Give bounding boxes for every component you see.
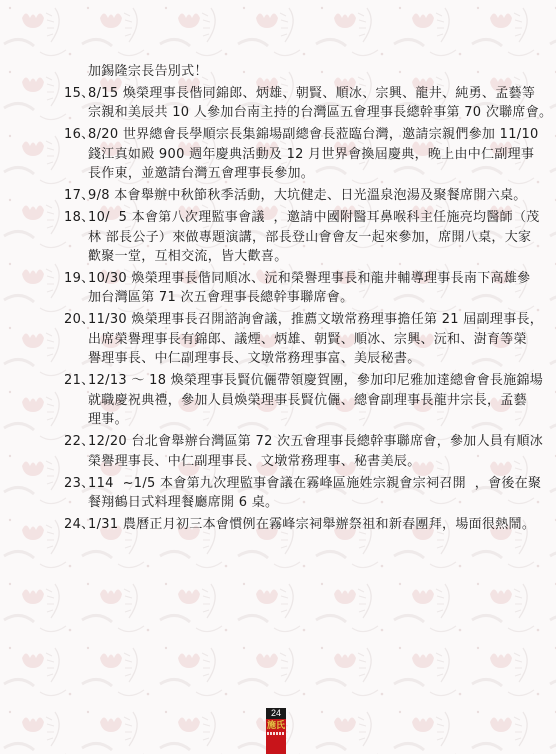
item-number: 19、: [64, 269, 88, 308]
item-number: 17、: [64, 186, 88, 206]
item-line: 錢江真如殿 900 週年慶典活動及 12 月世界會換屆慶典，晚上由中仁副理事: [88, 145, 539, 165]
item-number: 15、: [64, 84, 88, 123]
list-item: 20、 11/30 煥榮理事長召開諮詢會議，推薦文墩常務理事擔任第 21 屆副理…: [64, 310, 496, 369]
item-number: 24、: [64, 515, 88, 535]
item-number: 18、: [64, 208, 88, 267]
list-item: 18、 10/ 5 本會第八次理監事會議 ，邀請中國附醫耳鼻喉科主任施亮均醫師（…: [64, 208, 496, 267]
list-item: 24、 1/31 農曆正月初三本會慣例在霧峰宗祠舉辦祭祖和新春團拜，場面很熱鬧。: [64, 515, 496, 535]
item-line: 加台灣區第 71 次五會理事長總幹事聯席會。: [88, 288, 530, 308]
document-page: 加錫隆宗長告別式！ 15、 8/15 煥榮理事長偕同錦郎、炳雄、朝賢、順冰、宗興…: [0, 0, 556, 754]
item-line: 10/30 煥榮理事長偕同順冰、沅和榮譽理事長和龍井輔導理事長南下高雄參: [88, 269, 530, 289]
item-line: 8/20 世界總會長學順宗長集錦場副總會長蒞臨台灣，邀請宗親們參加 11/10: [88, 125, 539, 145]
item-number: 16、: [64, 125, 88, 184]
item-number: 22、: [64, 432, 88, 471]
logo-subtitle-decoration: [267, 732, 285, 735]
item-line: 宗親和美辰共 10 人參加台南主持的台灣區五會理事長總幹事第 70 次聯席會。: [88, 103, 552, 123]
item-line: 理事。: [88, 410, 543, 430]
item-number: 20、: [64, 310, 88, 369]
list-item: 23、 114 ~1/5 本會第九次理監事會議在霧峰區施姓宗親會宗祠召開 ，會後…: [64, 474, 496, 513]
item-line: 餐翔鶴日式料理餐廳席開 6 桌。: [88, 493, 541, 513]
page-number: 24: [266, 708, 286, 719]
list-item: 21、 12/13 ～ 18 煥榮理事長賢伉儷帶領慶賀團，參加印尼雅加達總會會長…: [64, 371, 496, 430]
item-line: 林 部長公子）來做專題演講，部長登山會會友一起來參加，席開八桌，大家: [88, 228, 540, 248]
item-line: 9/8 本會舉辦中秋節秋季活動，大坑健走、日光溫泉泡湯及聚餐席開六桌。: [88, 186, 527, 206]
item-line: 1/31 農曆正月初三本會慣例在霧峰宗祠舉辦祭祖和新春團拜，場面很熱鬧。: [88, 515, 535, 535]
item-line: 10/ 5 本會第八次理監事會議 ，邀請中國附醫耳鼻喉科主任施亮均醫師（茂: [88, 208, 540, 228]
clan-logo: 施氏: [266, 719, 286, 754]
item-number: 21、: [64, 371, 88, 430]
lead-line: 加錫隆宗長告別式！: [64, 62, 496, 82]
item-line: 歡聚一堂，互相交流，皆大歡喜。: [88, 247, 540, 267]
list-item: 17、 9/8 本會舉辦中秋節秋季活動，大坑健走、日光溫泉泡湯及聚餐席開六桌。: [64, 186, 496, 206]
item-line: 譽理事長、中仁副理事長、文墩常務理事富、美辰秘書。: [88, 349, 543, 369]
item-line: 出席榮譽理事長有錦郎、議煙、炳雄、朝賢、順冰、宗興、沅和、澍育等榮: [88, 330, 543, 350]
list-item: 22、 12/20 台北會舉辦台灣區第 72 次五會理事長總幹事聯席會，參加人員…: [64, 432, 496, 471]
list-item: 15、 8/15 煥榮理事長偕同錦郎、炳雄、朝賢、順冰、宗興、龍井、純勇、孟藝等…: [64, 84, 496, 123]
item-line: 114 ~1/5 本會第九次理監事會議在霧峰區施姓宗親會宗祠召開 ，會後在聚: [88, 474, 541, 494]
item-number: 23、: [64, 474, 88, 513]
list-item: 16、 8/20 世界總會長學順宗長集錦場副總會長蒞臨台灣，邀請宗親們參加 11…: [64, 125, 496, 184]
item-line: 12/20 台北會舉辦台灣區第 72 次五會理事長總幹事聯席會，參加人員有順冰: [88, 432, 543, 452]
list-item: 19、 10/30 煥榮理事長偕同順冰、沅和榮譽理事長和龍井輔導理事長南下高雄參…: [64, 269, 496, 308]
item-line: 就職慶祝典禮，參加人員煥榮理事長賢伉儷、總會副理事長龍井宗長，孟藝: [88, 391, 543, 411]
item-line: 長作東，並邀請台灣五會理事長參加。: [88, 164, 539, 184]
item-line: 8/15 煥榮理事長偕同錦郎、炳雄、朝賢、順冰、宗興、龍井、純勇、孟藝等: [88, 84, 552, 104]
item-line: 12/13 ～ 18 煥榮理事長賢伉儷帶領慶賀團，參加印尼雅加達總會會長施錦場: [88, 371, 543, 391]
event-list: 加錫隆宗長告別式！ 15、 8/15 煥榮理事長偕同錦郎、炳雄、朝賢、順冰、宗興…: [64, 62, 496, 535]
item-line: 11/30 煥榮理事長召開諮詢會議，推薦文墩常務理事擔任第 21 屆副理事長，: [88, 310, 543, 330]
logo-text: 施氏: [266, 721, 286, 731]
page-number-badge: 24 施氏: [266, 708, 286, 754]
item-line: 榮譽理事長、中仁副理事長、文墩常務理事、秘書美辰。: [88, 452, 543, 472]
